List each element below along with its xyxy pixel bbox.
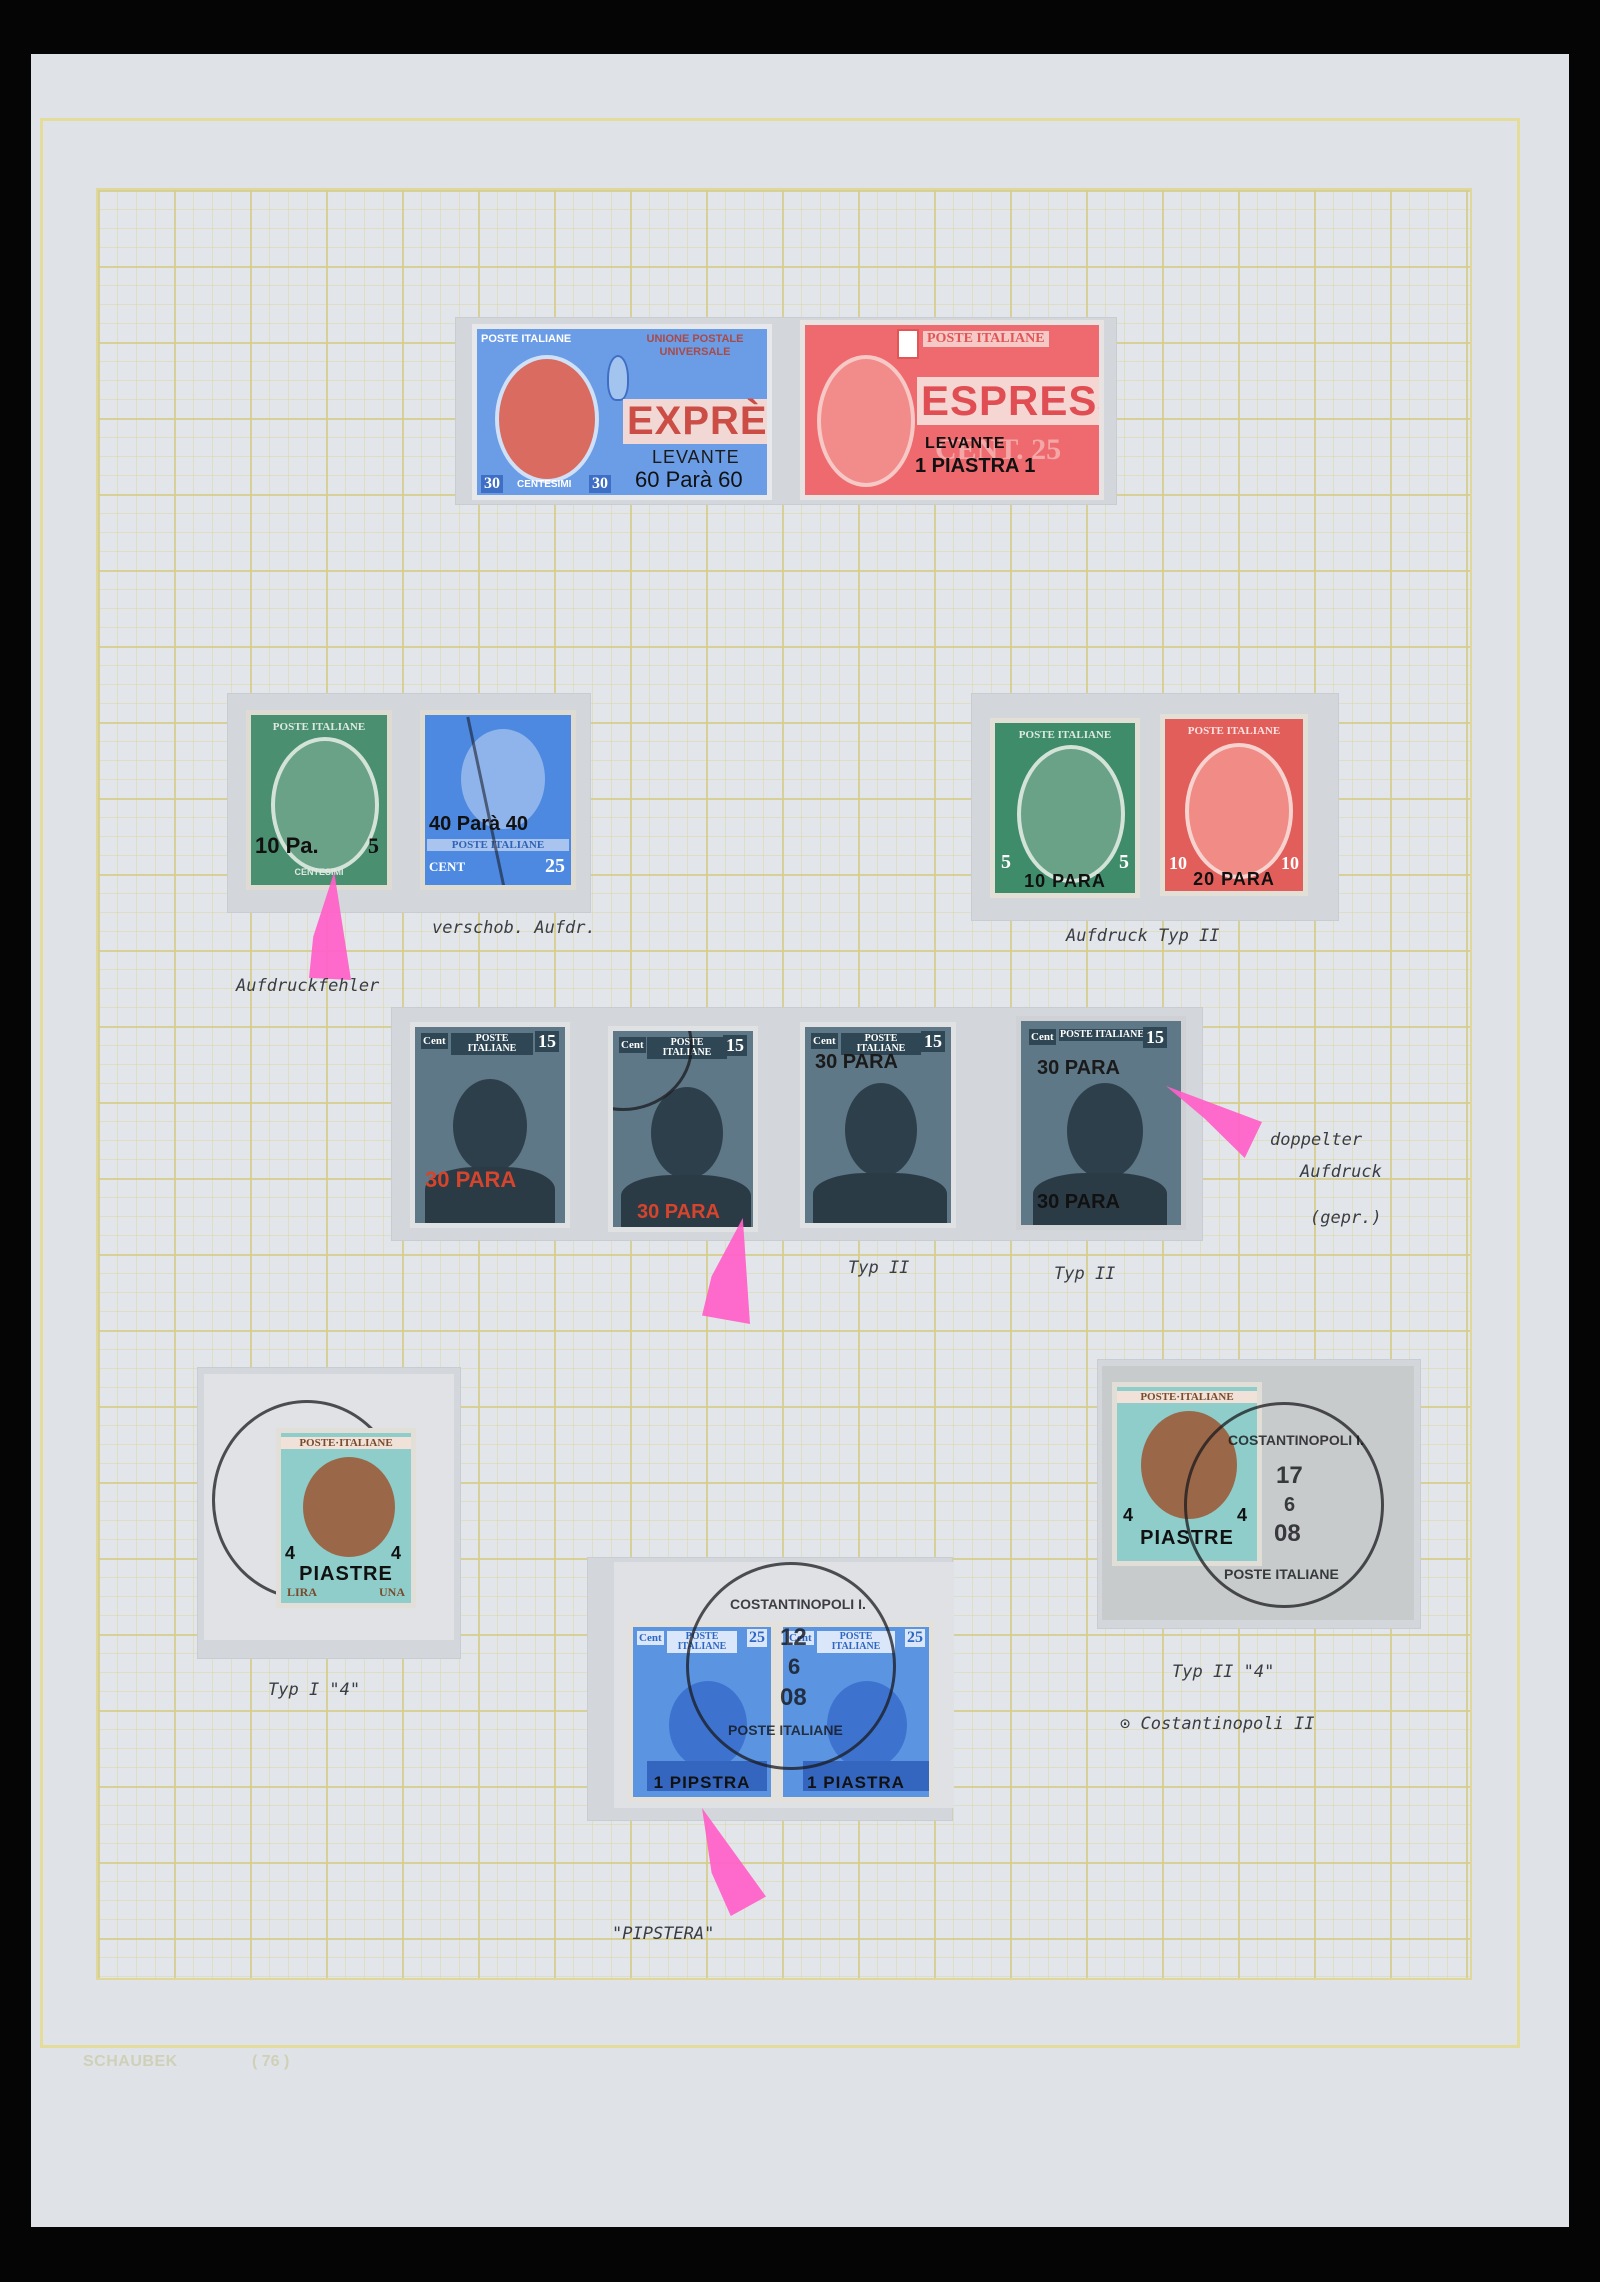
note-typ2-a: Typ II bbox=[848, 1258, 909, 1278]
stamp-15c-30para-red-1[interactable]: Cent POSTE ITALIANE 15 30 PARA bbox=[410, 1022, 570, 1228]
overprint: 30 PARA bbox=[1037, 1057, 1120, 1080]
overprint: PIASTRE bbox=[281, 1563, 411, 1586]
king-portrait bbox=[1067, 1083, 1143, 1179]
note-doppelter: doppelter bbox=[1270, 1130, 1362, 1150]
stamp-10c-20para[interactable]: POSTE ITALIANE 10 10 20 PARA bbox=[1160, 714, 1308, 896]
value-right: 4 bbox=[391, 1543, 401, 1564]
note-aufdruck-typ2: Aufdruck Typ II bbox=[1066, 926, 1220, 946]
stamp-value: 15 bbox=[1143, 1027, 1167, 1048]
king-portrait bbox=[303, 1457, 395, 1557]
stamp-5c-10pa[interactable]: POSTE ITALIANE 10 Pa. 5 CENTESIMI bbox=[246, 710, 392, 890]
note-costantinopoli: ⊙ Costantinopoli II bbox=[1120, 1714, 1314, 1734]
overprint-second: 30 PARA bbox=[1037, 1191, 1120, 1214]
king-portrait bbox=[651, 1087, 723, 1179]
stamp-header: POSTE ITALIANE bbox=[1165, 725, 1303, 737]
overprint-error: 1 PIPSTRA bbox=[633, 1773, 771, 1793]
stamp-main-text: EXPRÈS bbox=[623, 399, 772, 444]
overprint-value: 1 PIASTRA 1 bbox=[915, 455, 1035, 478]
stamp-header: POSTE·ITALIANE bbox=[1117, 1391, 1257, 1403]
stamp-25c-40para[interactable]: 40 Parà 40 POSTE ITALIANE CENT 25 bbox=[420, 710, 576, 890]
overprint: 1 PIASTRA bbox=[783, 1773, 929, 1793]
note-typ1-4: Typ I "4" bbox=[268, 1680, 360, 1700]
king-portrait bbox=[1185, 743, 1293, 879]
overprint-value: 60 Parà 60 bbox=[635, 467, 743, 493]
postmark-day: 17 bbox=[1276, 1462, 1303, 1490]
stamp-header-left: POSTE ITALIANE bbox=[481, 333, 571, 345]
postmark-year: 08 bbox=[1274, 1520, 1301, 1548]
note-aufdruckfehler: Aufdruckfehler bbox=[236, 976, 379, 996]
stamp-value: 15 bbox=[921, 1031, 945, 1052]
postmark-bottom-text: POSTE ITALIANE bbox=[1224, 1566, 1339, 1582]
king-portrait bbox=[453, 1079, 527, 1173]
cross-shield-icon bbox=[897, 329, 919, 359]
stamp-bottom: CENTESIMI bbox=[251, 867, 387, 877]
stamp-header-center: POSTE ITALIANE bbox=[451, 1033, 533, 1055]
postmark-top-text: COSTANTINOPOLI I. bbox=[1228, 1432, 1364, 1448]
stamp-header: POSTE ITALIANE bbox=[995, 729, 1135, 741]
stamp-value: 15 bbox=[535, 1031, 559, 1052]
postmark-top-text: COSTANTINOPOLI I. bbox=[730, 1596, 866, 1612]
overprint: 30 PARA bbox=[637, 1201, 720, 1224]
stamp-15c-30para-typ2[interactable]: Cent POSTE ITALIANE 15 30 PARA bbox=[800, 1022, 956, 1228]
postmark-month: 6 bbox=[788, 1654, 800, 1680]
crown-shield-icon bbox=[607, 355, 629, 401]
overprint: 30 PARA bbox=[815, 1051, 898, 1074]
overprint: 30 PARA bbox=[425, 1167, 516, 1193]
value-center: CENTESIMI bbox=[517, 479, 571, 490]
note-typ2-b: Typ II bbox=[1054, 1264, 1115, 1284]
stamp-5c-10para[interactable]: POSTE ITALIANE 5 5 10 PARA bbox=[990, 718, 1140, 898]
album-brand: SCHAUBEK bbox=[83, 2053, 178, 2071]
king-portrait bbox=[817, 355, 915, 487]
stamp-header-left: Cent bbox=[1029, 1029, 1056, 1045]
album-page-number: ( 76 ) bbox=[252, 2053, 289, 2071]
postmark-day: 12 bbox=[780, 1624, 807, 1652]
overprint: 10 PARA bbox=[995, 871, 1135, 892]
overprint-levante: LEVANTE bbox=[925, 435, 1005, 453]
bottom-left: LIRA bbox=[287, 1585, 317, 1600]
king-portrait bbox=[1017, 745, 1125, 883]
overprint: 10 Pa. bbox=[255, 833, 319, 859]
stamp-header-left: Cent bbox=[637, 1631, 664, 1645]
stamp-header: POSTE ITALIANE bbox=[251, 721, 387, 733]
stamp-header: POSTE·ITALIANE bbox=[281, 1437, 411, 1449]
stamp-1lira-4piastre-typ1[interactable]: POSTE·ITALIANE 4 4 PIASTRE LIRA UNA bbox=[276, 1428, 416, 1608]
stamp-bottom: CENT bbox=[429, 859, 465, 875]
postmark-year: 08 bbox=[780, 1684, 807, 1712]
stamp-header-right: UNIONE POSTALE UNIVERSALE bbox=[625, 333, 765, 359]
bottom-right: UNA bbox=[379, 1585, 405, 1600]
value-right: 30 bbox=[589, 475, 611, 493]
value-left: 30 bbox=[481, 475, 503, 493]
value-left: 4 bbox=[285, 1543, 295, 1564]
stamp-value: 25 bbox=[545, 855, 565, 878]
overprint: 40 Parà 40 bbox=[429, 813, 528, 836]
stamp-header-left: Cent bbox=[421, 1033, 448, 1049]
king-portrait bbox=[495, 355, 599, 483]
postmark-month: 6 bbox=[1284, 1494, 1295, 1517]
stamp-header: POSTE ITALIANE bbox=[923, 331, 1049, 347]
stamp-15c-30para-double[interactable]: Cent POSTE ITALIANE 15 30 PARA 30 PARA bbox=[1016, 1016, 1186, 1230]
note-aufdruck: Aufdruck bbox=[1300, 1162, 1382, 1182]
postmark-bottom-text: POSTE ITALIANE bbox=[728, 1722, 843, 1738]
stamp-header: POSTE ITALIANE bbox=[427, 839, 569, 851]
stamp-main-text: ESPRESSO bbox=[917, 377, 1104, 425]
stamp-value: 25 bbox=[905, 1629, 925, 1647]
stamp-value: 5 bbox=[368, 833, 379, 859]
note-pipstera: "PIPSTERA" bbox=[612, 1924, 714, 1944]
value-left: 4 bbox=[1123, 1505, 1133, 1526]
king-uniform bbox=[813, 1173, 947, 1225]
stamp-espresso-1piastra[interactable]: POSTE ITALIANE ESPRESSO CENT. 25 LEVANTE… bbox=[800, 320, 1104, 500]
note-gepr: (gepr.) bbox=[1310, 1208, 1382, 1228]
note-typ2-4: Typ II "4" bbox=[1172, 1662, 1274, 1682]
overprint: 20 PARA bbox=[1165, 869, 1303, 890]
note-verschob: verschob. Aufdr. bbox=[432, 918, 596, 938]
stamp-header-left: Cent bbox=[811, 1033, 838, 1049]
stamp-15c-30para-red-2[interactable]: Cent POSTE ITALIANE 15 30 PARA bbox=[608, 1026, 758, 1232]
overprint-levante: LEVANTE bbox=[652, 447, 740, 468]
king-portrait bbox=[845, 1083, 917, 1177]
stamp-expres-60para[interactable]: POSTE ITALIANE UNIONE POSTALE UNIVERSALE… bbox=[472, 324, 772, 500]
stamp-value: 15 bbox=[723, 1035, 747, 1056]
stamp-header-center: POSTE ITALIANE bbox=[1059, 1029, 1145, 1041]
